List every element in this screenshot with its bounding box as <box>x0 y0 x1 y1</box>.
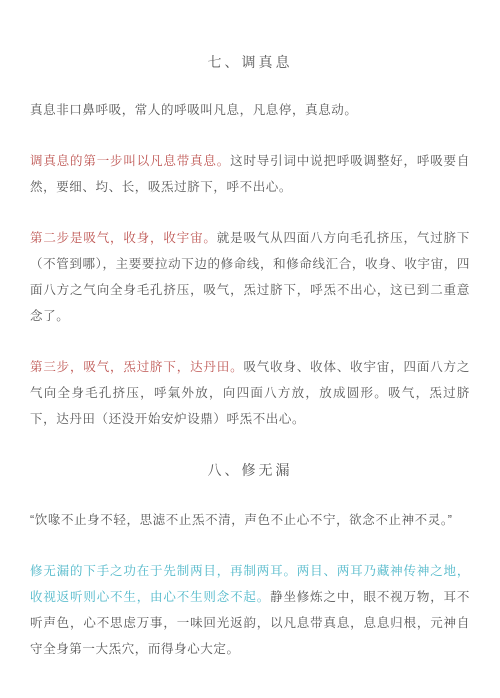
text-run-body: 真息非口鼻呼吸，常人的呼吸叫凡息，凡息停，真息动。 <box>30 103 358 117</box>
paragraph: 调真息的第一步叫以凡息带真息。这时导引词中说把呼吸调整好，呼吸要自然，要细、均、… <box>30 148 470 200</box>
quote-paragraph: “饮喙不止身不轻，思滤不止炁不清，声色不止心不宁，欲念不止神不灵。” <box>30 507 470 533</box>
paragraph: 第三步，吸气，炁过脐下，达丹田。吸气收身、收体、收宇宙，四面八方之气向全身毛孔挤… <box>30 354 470 432</box>
section-heading-xiu-wu-lou: 八、修无漏 <box>30 457 470 483</box>
paragraph: 修无漏的下手之功在于先制两目，再制两耳。两目、两耳乃藏神传神之地，收视返听则心不… <box>30 558 470 662</box>
section-heading-tiao-zhen-xi: 七、调真息 <box>30 49 470 75</box>
text-run-body: “饮喙不止身不轻，思滤不止炁不清，声色不止心不宁，欲念不止神不灵。” <box>30 513 452 527</box>
text-run-red: 第二步是吸气，收身，收宇宙。 <box>30 231 217 245</box>
paragraph: 真息非口鼻呼吸，常人的呼吸叫凡息，凡息停，真息动。 <box>30 97 470 123</box>
document-page: 七、调真息 真息非口鼻呼吸，常人的呼吸叫凡息，凡息停，真息动。 调真息的第一步叫… <box>0 0 500 698</box>
text-run-red: 调真息的第一步叫以凡息带真息。 <box>30 154 230 168</box>
paragraph: 第二步是吸气，收身，收宇宙。就是吸气从四面八方向毛孔挤压，气过脐下（不管到哪），… <box>30 225 470 329</box>
text-run-red: 第三步，吸气，炁过脐下，达丹田。 <box>30 360 243 374</box>
